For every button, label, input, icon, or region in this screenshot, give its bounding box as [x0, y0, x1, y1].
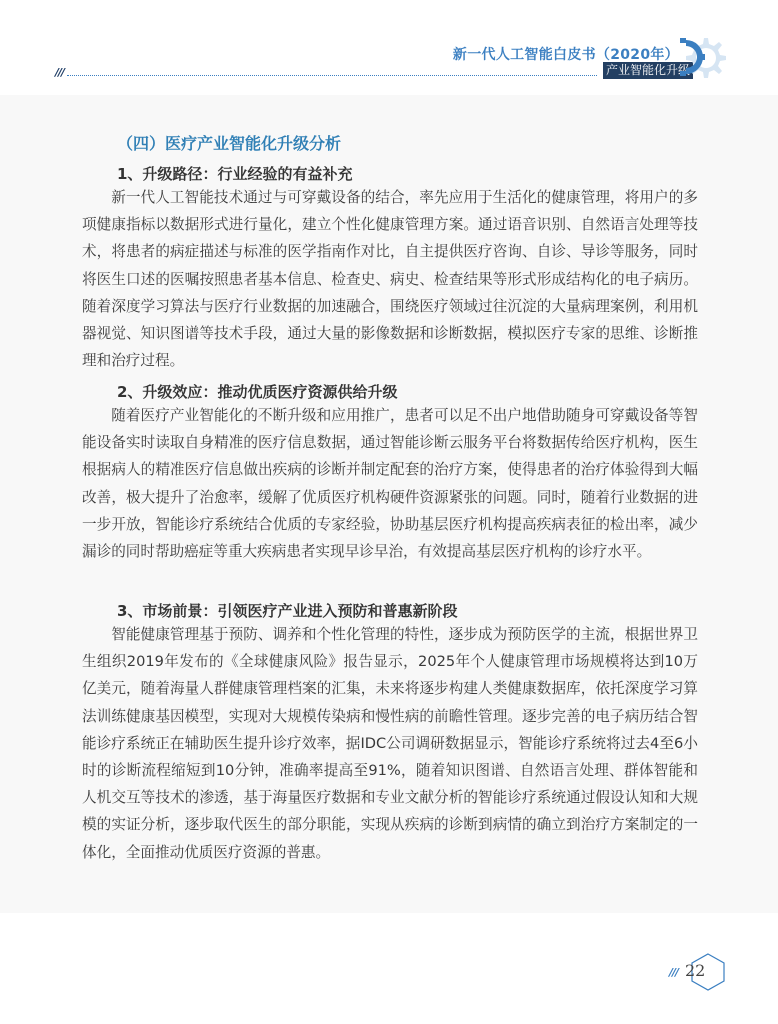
gear-icon — [660, 28, 732, 83]
dotted-divider — [67, 75, 597, 76]
slash-decoration-icon: /// — [55, 66, 64, 79]
paragraph-2: 随着医疗产业智能化的不断升级和应用推广，患者可以足不出户地借助随身可穿戴设备等智… — [82, 402, 698, 565]
paragraph-1: 新一代人工智能技术通过与可穿戴设备的结合，率先应用于生活化的健康管理，将用户的多… — [82, 184, 698, 374]
page-header: 新一代人工智能白皮书（2020年） 产业智能化升级 /// — [0, 0, 778, 95]
section-title: （四）医疗产业智能化升级分析 — [117, 131, 341, 154]
subsection-heading-3: 3、市场前景：引领医疗产业进入预防和普惠新阶段 — [117, 600, 457, 621]
slash-decoration-icon: /// — [669, 966, 678, 979]
document-title: 新一代人工智能白皮书（2020年） — [453, 44, 679, 64]
subsection-heading-1: 1、升级路径：行业经验的有益补充 — [117, 163, 352, 184]
page-number: 22 — [685, 961, 705, 980]
paragraph-3: 智能健康管理基于预防、调养和个性化管理的特性，逐步成为预防医学的主流，根据世界卫… — [82, 621, 698, 866]
content-area: （四）医疗产业智能化升级分析 1、升级路径：行业经验的有益补充 新一代人工智能技… — [0, 95, 778, 913]
subsection-heading-2: 2、升级效应：推动优质医疗资源供给升级 — [117, 381, 397, 402]
